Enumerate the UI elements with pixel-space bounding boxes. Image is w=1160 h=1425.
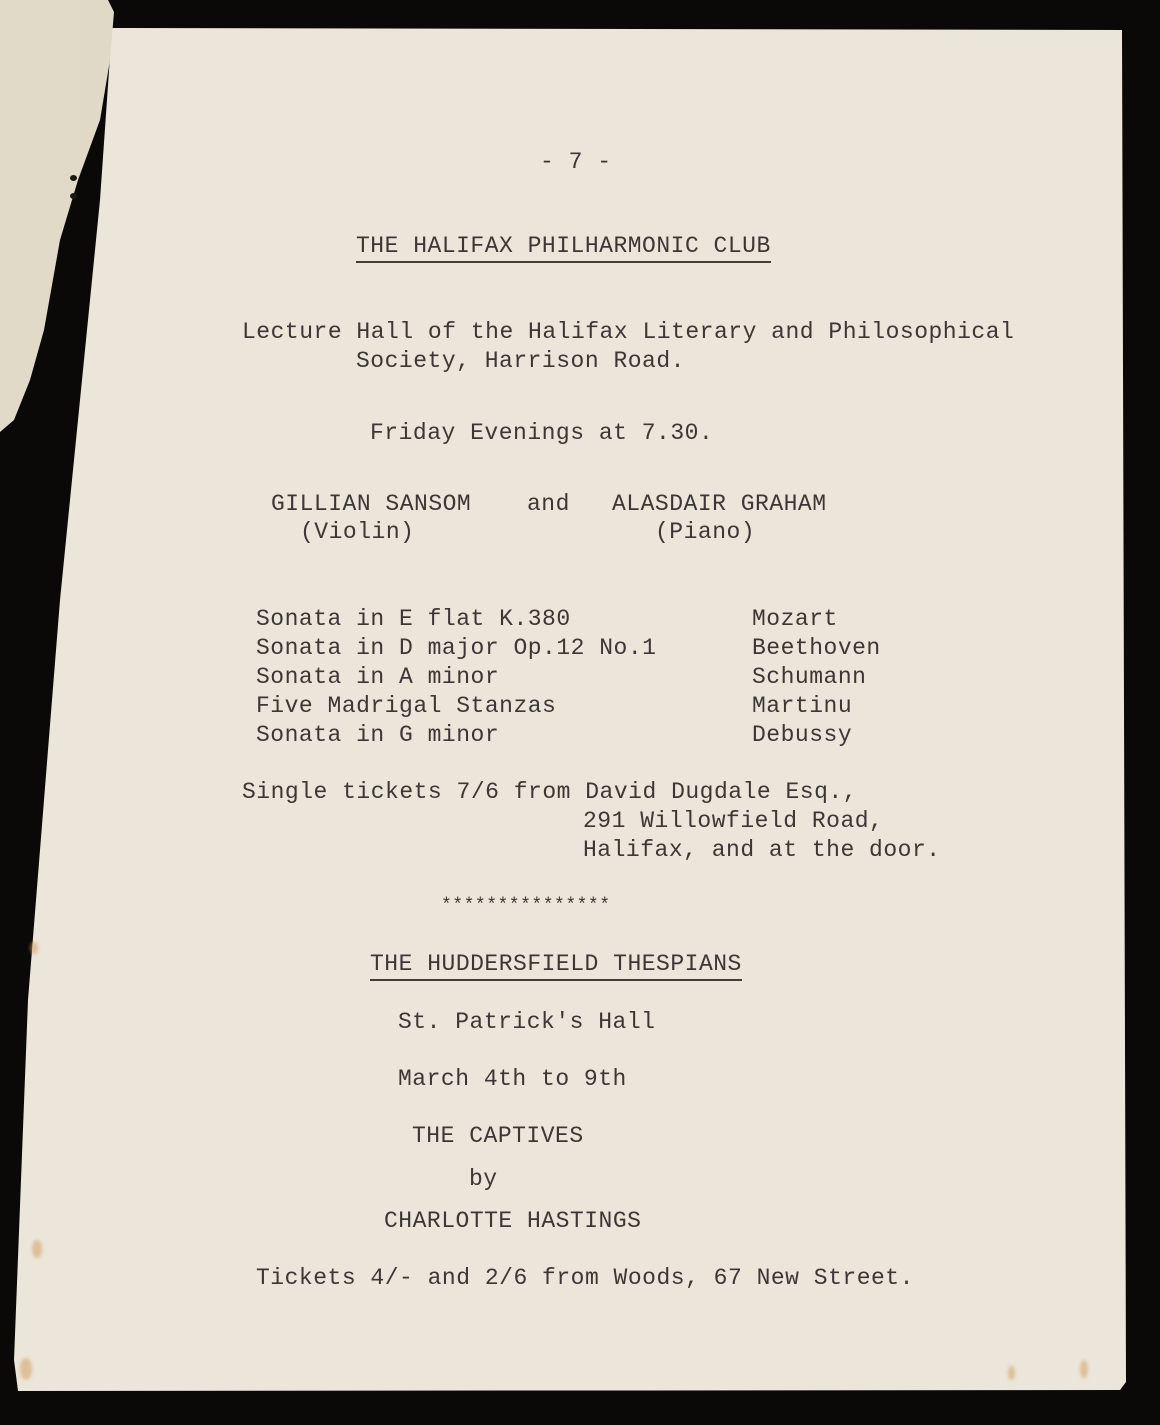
page-number: - 7 - [540,148,612,176]
foxing-stain [30,942,38,954]
venue-line-2: Society, Harrison Road. [356,347,685,375]
programme-composer: Beethoven [752,634,881,662]
play-title: THE CAPTIVES [412,1122,584,1150]
section-title-thespians: THE HUDDERSFIELD THESPIANS [370,950,742,981]
play-venue: St. Patrick's Hall [398,1008,655,1036]
programme-composer: Debussy [752,721,852,749]
programme-work: Sonata in A minor [256,663,499,691]
play-by: by [469,1165,498,1193]
performer-conjunction: and [527,490,570,518]
play-author: CHARLOTTE HASTINGS [384,1207,641,1235]
programme-composer: Mozart [752,605,838,633]
foxing-stain [1008,1366,1015,1380]
performer-name-piano: ALASDAIR GRAHAM [612,490,827,518]
section-title-philharmonic: THE HALIFAX PHILHARMONIC CLUB [356,232,771,263]
concert-time: Friday Evenings at 7.30. [370,419,713,447]
performer-instrument-violin: (Violin) [300,518,414,546]
foxing-stain [1080,1360,1088,1378]
staple-mark [70,175,77,181]
foxing-stain [32,1240,42,1258]
performer-name-violin: GILLIAN SANSOM [271,490,471,518]
play-tickets: Tickets 4/- and 2/6 from Woods, 67 New S… [256,1264,914,1292]
tickets-line-1: Single tickets 7/6 from David Dugdale Es… [242,778,857,806]
performer-instrument-piano: (Piano) [655,518,755,546]
tickets-line-3: Halifax, and at the door. [583,836,941,864]
programme-work: Sonata in G minor [256,721,499,749]
programme-composer: Martinu [752,692,852,720]
programme-composer: Schumann [752,663,866,691]
foxing-stain [20,1358,32,1380]
play-dates: March 4th to 9th [398,1065,627,1093]
venue-line-1: Lecture Hall of the Halifax Literary and… [242,318,1014,346]
staple-mark [70,193,77,199]
tickets-line-2: 291 Willowfield Road, [583,807,883,835]
programme-work: Five Madrigal Stanzas [256,692,556,720]
programme-work: Sonata in E flat K.380 [256,605,571,633]
section-separator: *************** [441,892,611,920]
programme-work: Sonata in D major Op.12 No.1 [256,634,656,662]
